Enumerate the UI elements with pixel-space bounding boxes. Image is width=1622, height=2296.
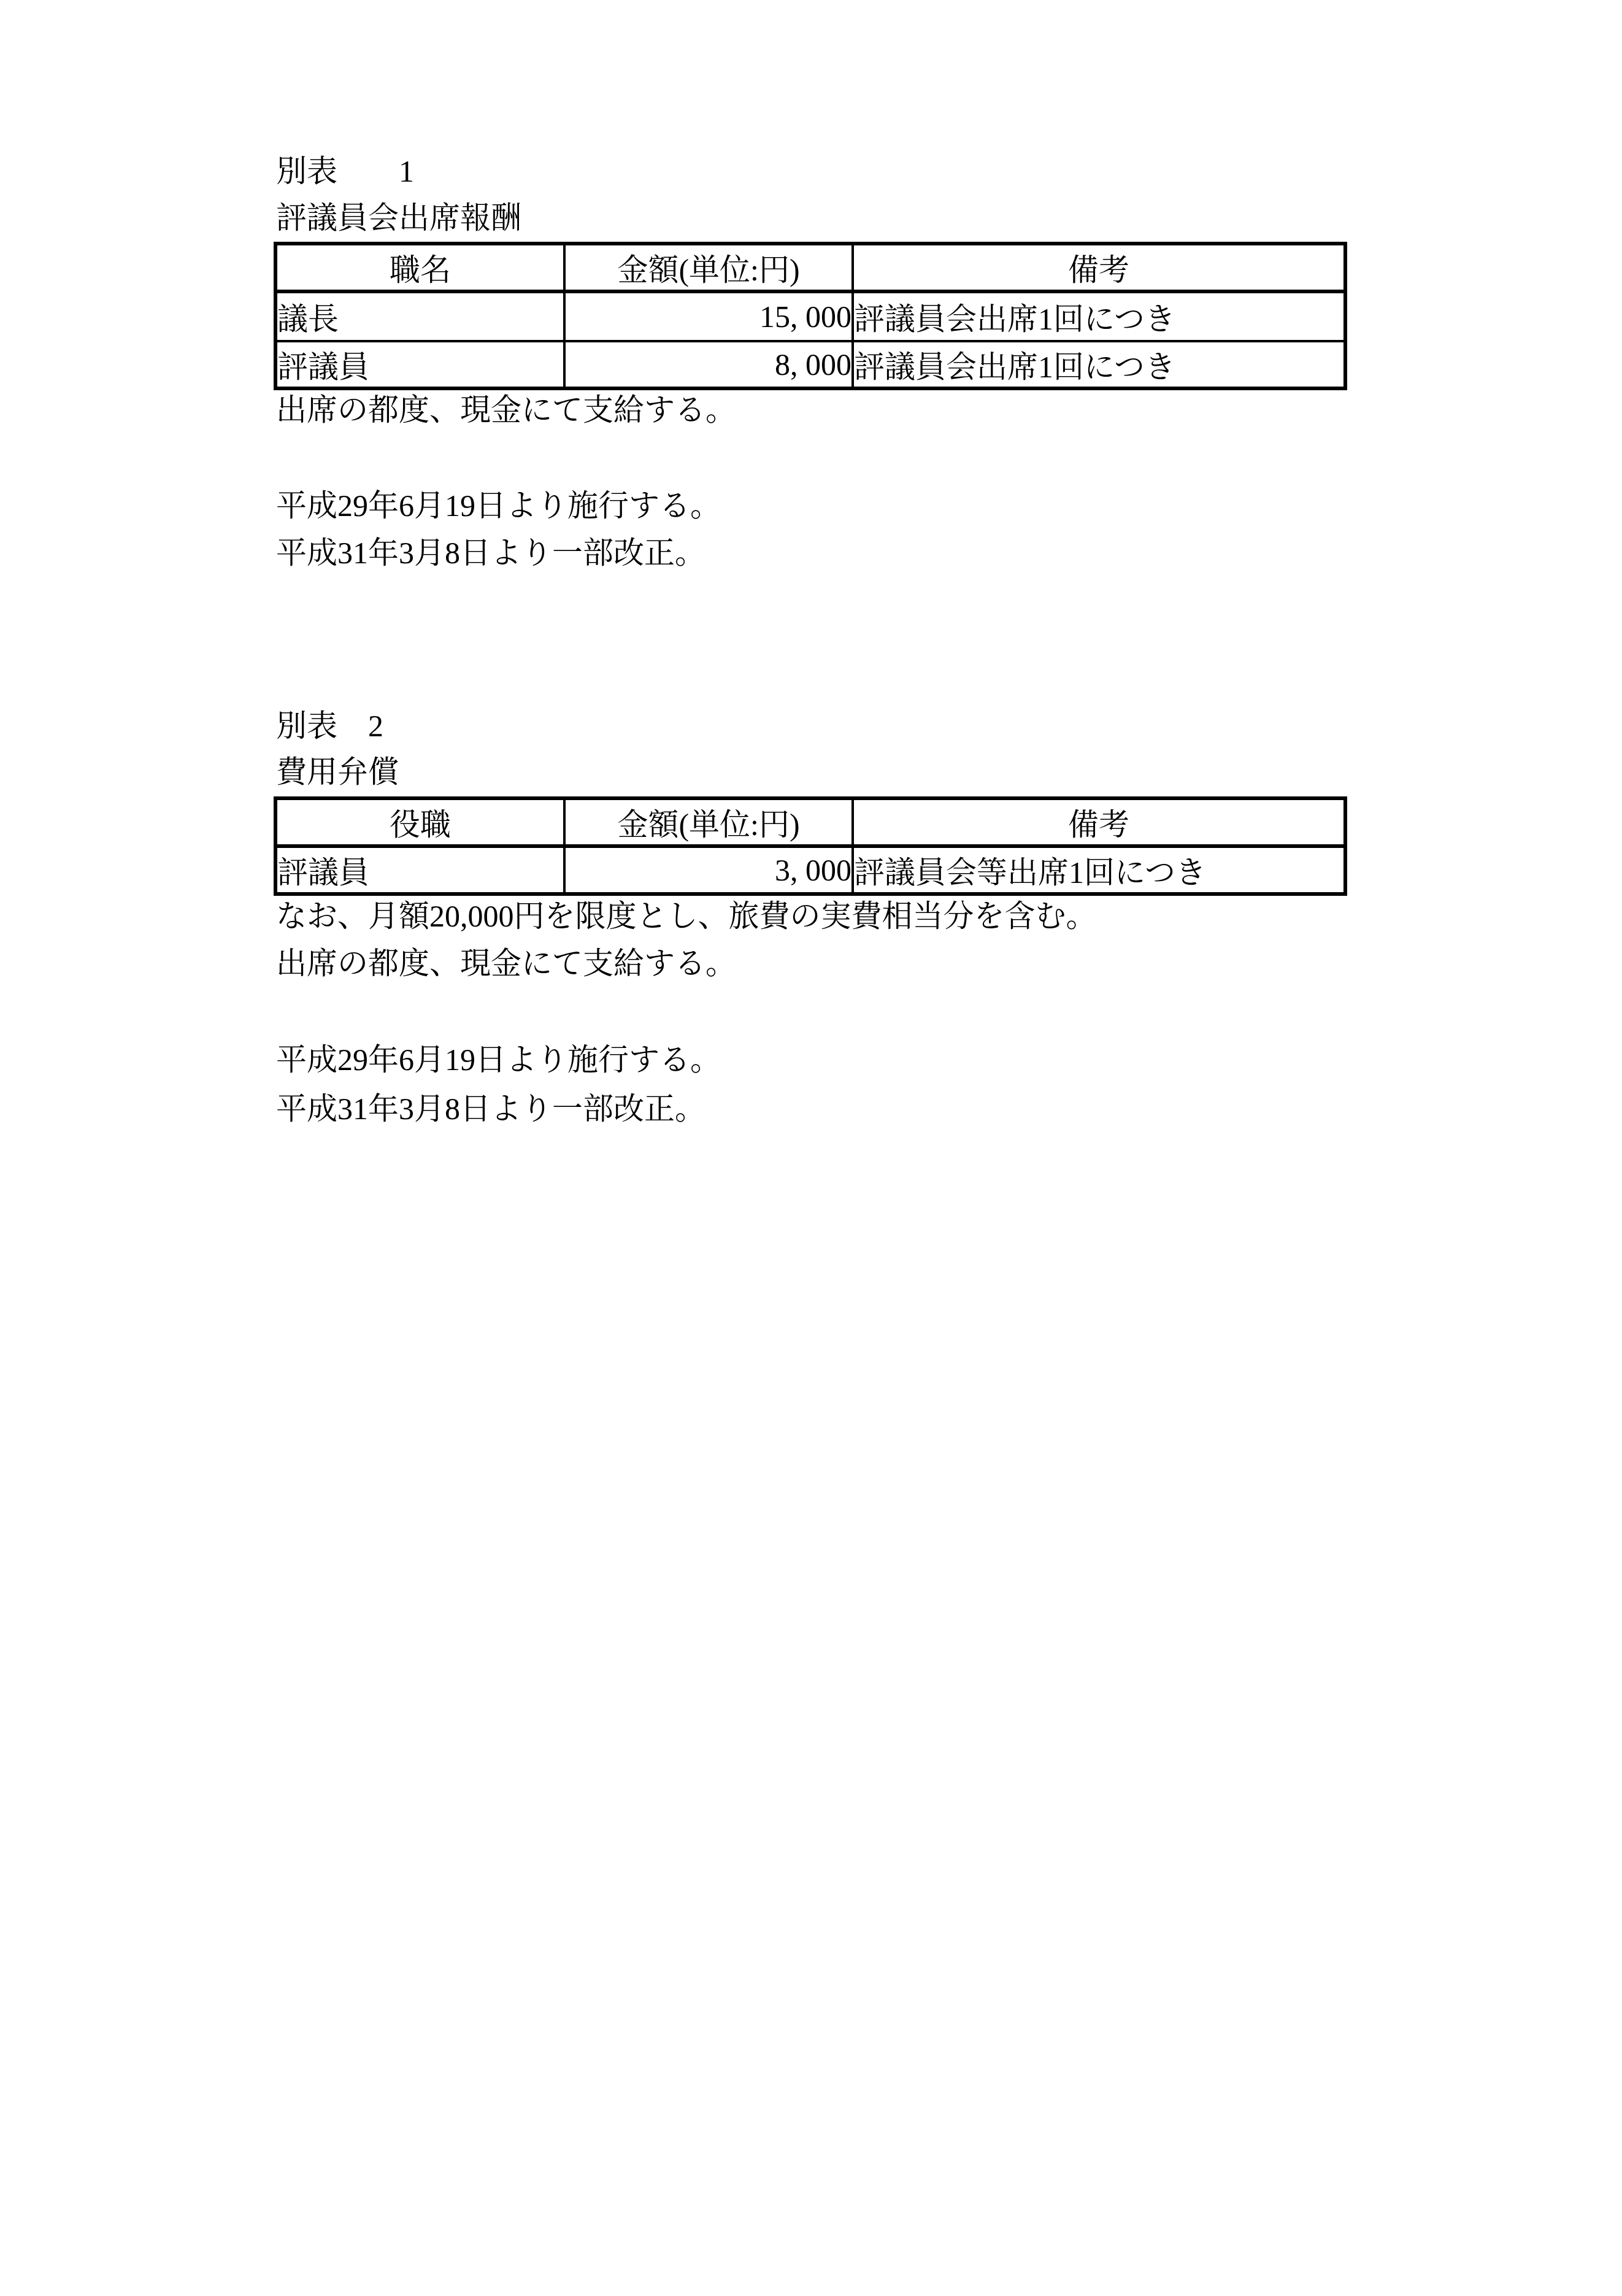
appendix2-header-row: 役職 金額(単位:円) 備考 <box>275 798 1345 846</box>
appendix2-effective-date: 平成29年6月19日より施行する。 <box>276 1043 721 1077</box>
appendix1-header-amount: 金額(単位:円) <box>564 244 853 291</box>
appendix1-header-row: 職名 金額(単位:円) 備考 <box>275 244 1345 291</box>
appendix1-subtitle: 評議員会出席報酬 <box>276 201 521 235</box>
remarks-cell: 評議員会出席1回につき <box>853 291 1345 341</box>
table-row: 評議員 3, 000 評議員会等出席1回につき <box>275 846 1345 894</box>
appendix1-payment-note: 出席の都度、現金にて支給する。 <box>276 393 736 427</box>
appendix2-header-remarks: 備考 <box>853 798 1345 846</box>
appendix1-revision-date: 平成31年3月8日より一部改正。 <box>276 536 705 570</box>
appendix2-title: 別表 2 <box>276 709 383 743</box>
amount-cell: 15, 000 <box>564 291 853 341</box>
appendix2-limit-note: なお、月額20,000円を限度とし、旅費の実費相当分を含む。 <box>276 900 1097 933</box>
amount-cell: 3, 000 <box>564 846 853 894</box>
table-row: 議長 15, 000 評議員会出席1回につき <box>275 291 1345 341</box>
position-cell: 評議員 <box>275 341 564 388</box>
appendix1-header-remarks: 備考 <box>853 244 1345 291</box>
appendix2-header-position: 役職 <box>275 798 564 846</box>
appendix1-header-position: 職名 <box>275 244 564 291</box>
appendix2-revision-date: 平成31年3月8日より一部改正。 <box>276 1092 705 1126</box>
document-page: 別表 1 評議員会出席報酬 職名 金額(単位:円) 備考 議長 15, 000 … <box>0 0 1622 2296</box>
appendix2-subtitle: 費用弁償 <box>276 755 399 789</box>
remarks-cell: 評議員会出席1回につき <box>853 341 1345 388</box>
amount-cell: 8, 000 <box>564 341 853 388</box>
appendix1-title: 別表 1 <box>276 155 414 188</box>
position-cell: 評議員 <box>275 846 564 894</box>
appendix2-payment-note: 出席の都度、現金にて支給する。 <box>276 947 736 980</box>
position-cell: 議長 <box>275 291 564 341</box>
appendix2-table: 役職 金額(単位:円) 備考 評議員 3, 000 評議員会等出席1回につき <box>274 796 1347 896</box>
appendix1-effective-date: 平成29年6月19日より施行する。 <box>276 489 721 523</box>
appendix1-table: 職名 金額(単位:円) 備考 議長 15, 000 評議員会出席1回につき 評議… <box>274 242 1347 390</box>
remarks-cell: 評議員会等出席1回につき <box>853 846 1345 894</box>
table-row: 評議員 8, 000 評議員会出席1回につき <box>275 341 1345 388</box>
appendix2-header-amount: 金額(単位:円) <box>564 798 853 846</box>
